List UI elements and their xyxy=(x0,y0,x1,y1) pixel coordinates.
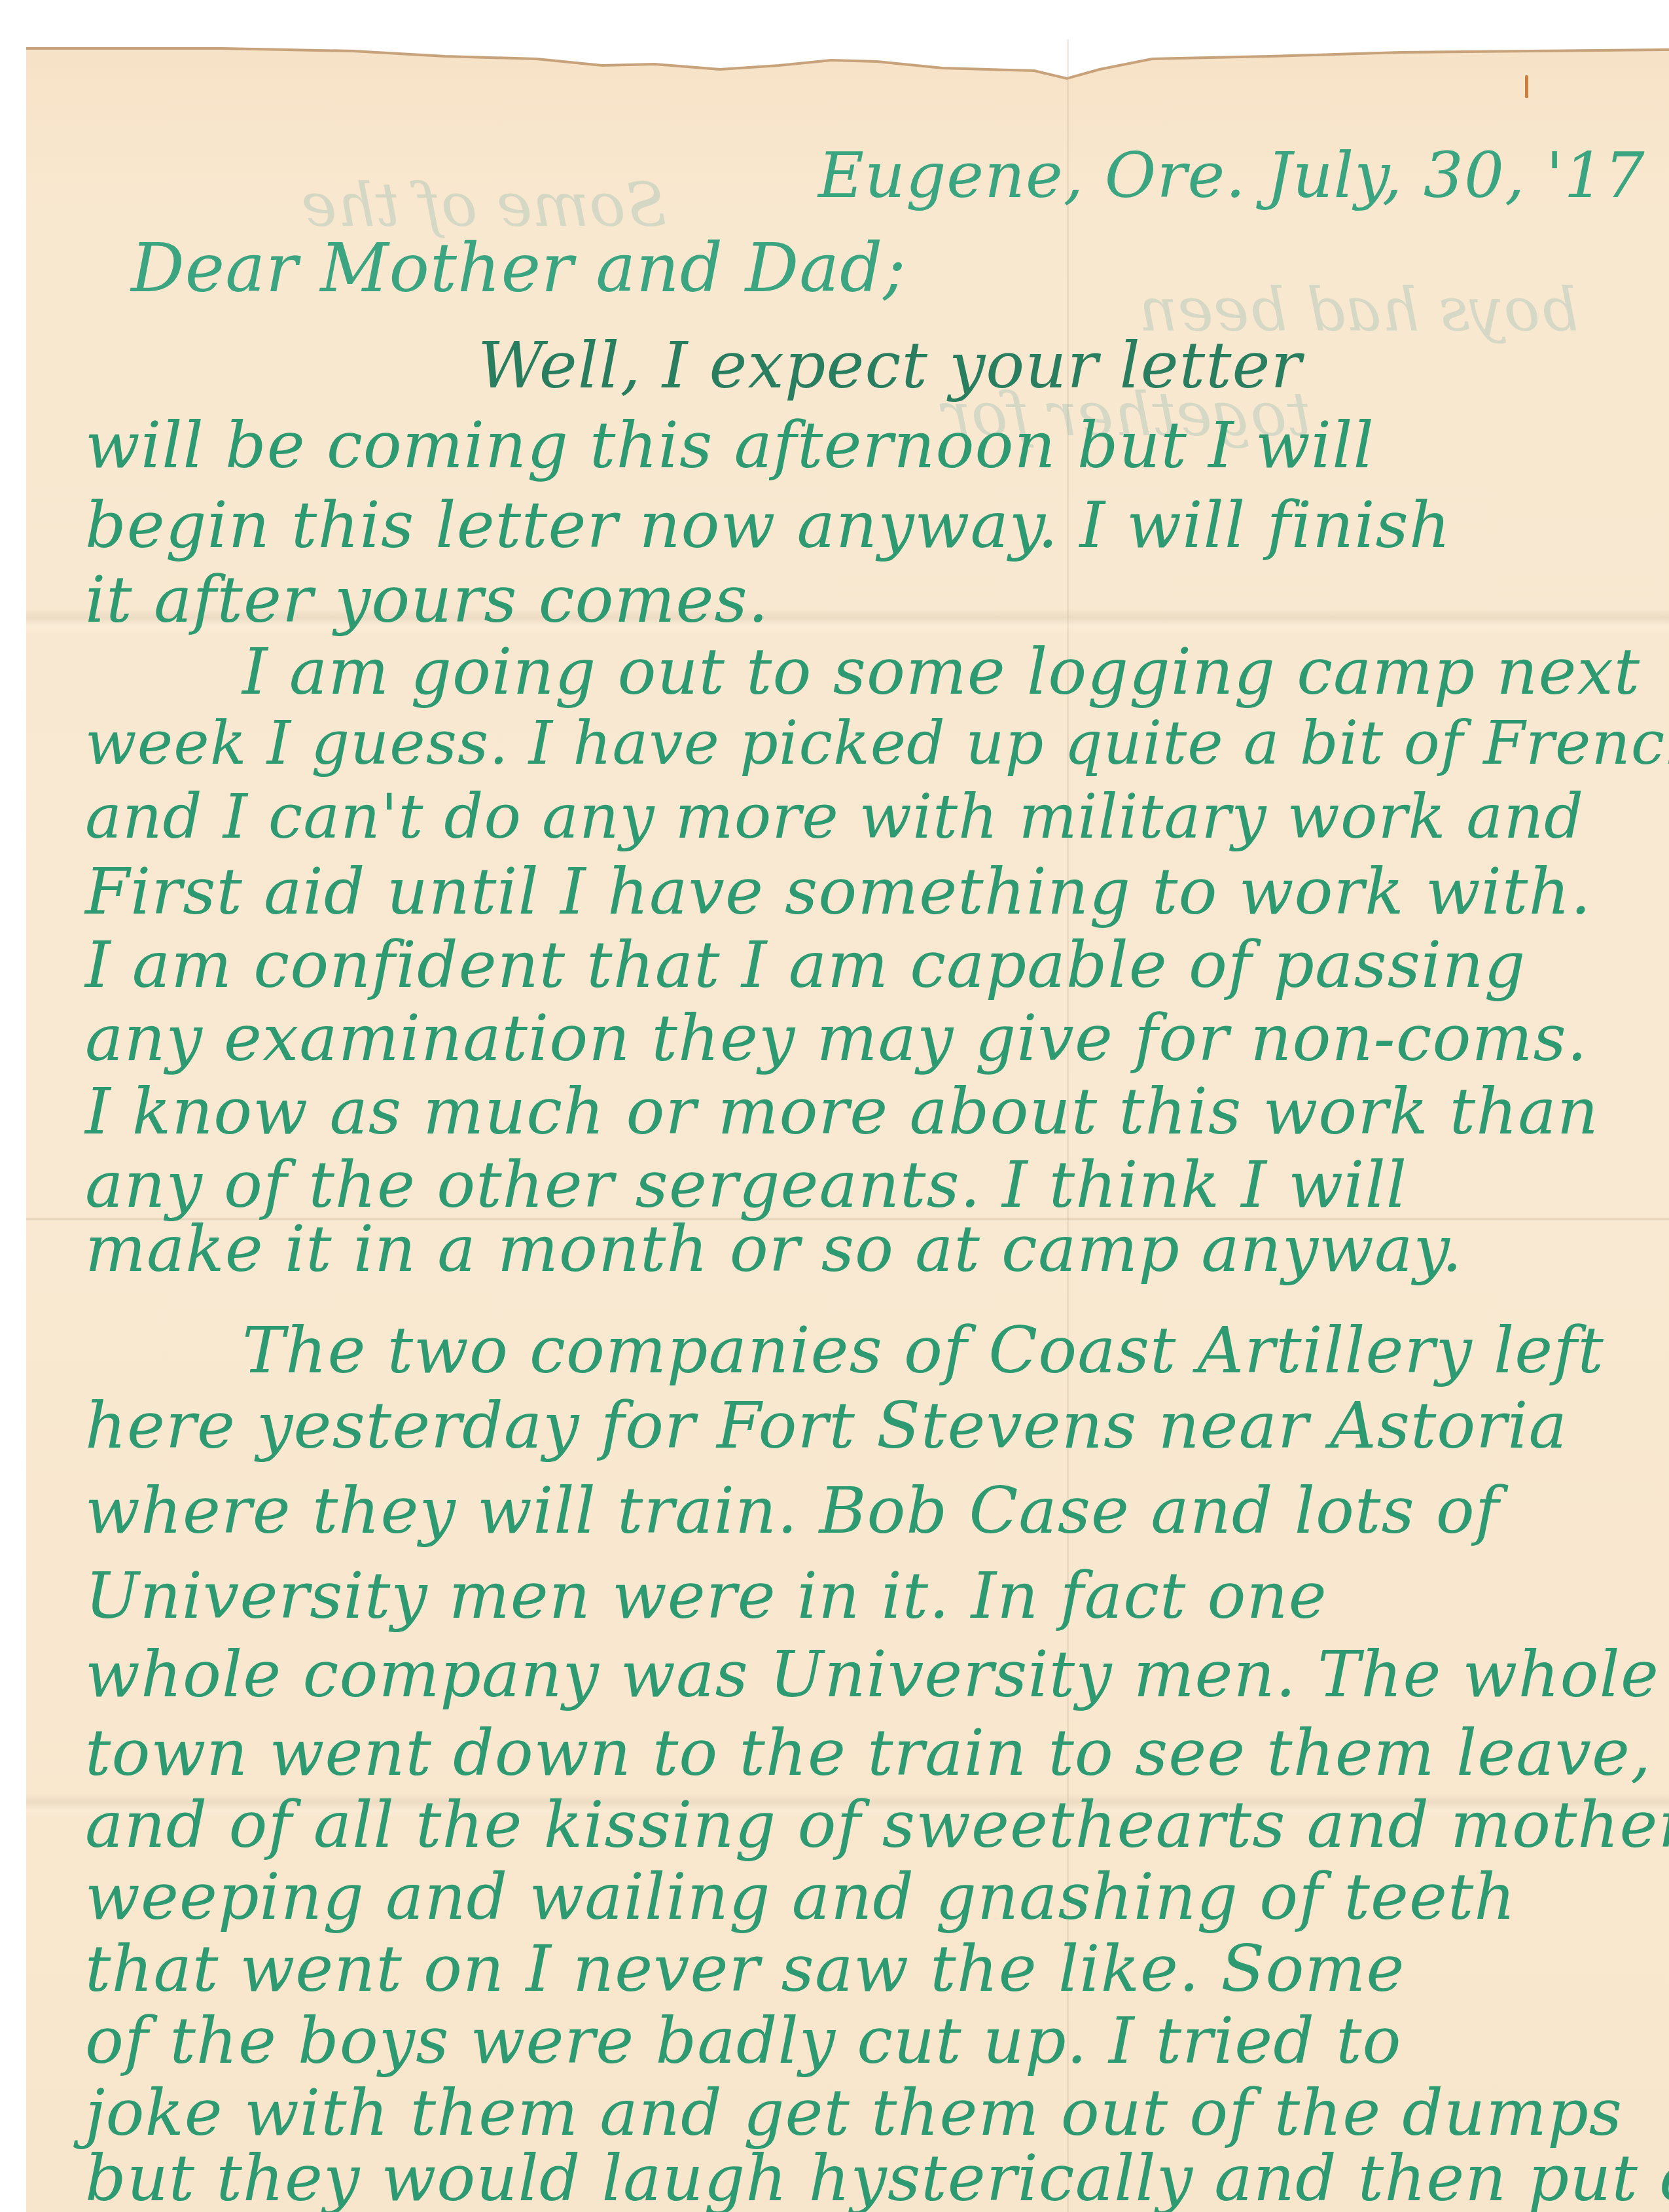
torn-top-edge xyxy=(26,39,1669,85)
letter-line: any examination they may give for non-co… xyxy=(85,1007,1588,1071)
letter-salutation: Dear Mother and Dad; xyxy=(131,236,906,302)
letter-line: The two companies of Coast Artillery lef… xyxy=(242,1319,1604,1383)
letter-line: make it in a month or so at camp anyway. xyxy=(85,1217,1463,1281)
letter-line: it after yours comes. xyxy=(85,568,769,632)
letter-line: I am going out to some logging camp next xyxy=(242,640,1640,704)
letter-line: where they will train. Bob Case and lots… xyxy=(85,1479,1499,1543)
letter-line: but they would laugh hysterically and th… xyxy=(85,2147,1669,2211)
letter-line: and of all the kissing of sweethearts an… xyxy=(85,1793,1669,1857)
letter-line: University men were in it. In fact one xyxy=(85,1564,1327,1628)
letter-line: Well, I expect your letter xyxy=(478,334,1302,398)
letter-line: joke with them and get them out of the d… xyxy=(85,2081,1623,2145)
letter-line: whole company was University men. The wh… xyxy=(85,1643,1659,1707)
letter-line: here yesterday for Fort Stevens near Ast… xyxy=(85,1394,1568,1458)
letter-line: any of the other sergeants. I think I wi… xyxy=(85,1153,1407,1217)
letter-line: weeping and wailing and gnashing of teet… xyxy=(85,1865,1516,1929)
letter-line: will be coming this afternoon but I will xyxy=(85,414,1374,478)
letter-line: I know as much or more about this work t… xyxy=(85,1080,1599,1144)
letter-line: begin this letter now anyway. I will fin… xyxy=(85,493,1451,558)
letter-line: town went down to the train to see them … xyxy=(85,1721,1651,1785)
letter-line: I am confident that I am capable of pass… xyxy=(85,933,1526,997)
letter-line: that went on I never saw the like. Some xyxy=(85,1937,1405,2001)
letter-date: Eugene, Ore. July, 30, '17 xyxy=(818,144,1645,207)
letter-line: week I guess. I have picked up quite a b… xyxy=(85,713,1669,774)
letter-line: First aid until I have something to work… xyxy=(85,860,1592,924)
letter-line: and I can't do any more with military wo… xyxy=(85,787,1584,848)
letter-line: of the boys were badly cut up. I tried t… xyxy=(85,2009,1402,2073)
letter-page: Some of the boys had been together for E… xyxy=(26,39,1669,2212)
rust-stain xyxy=(1525,75,1528,98)
